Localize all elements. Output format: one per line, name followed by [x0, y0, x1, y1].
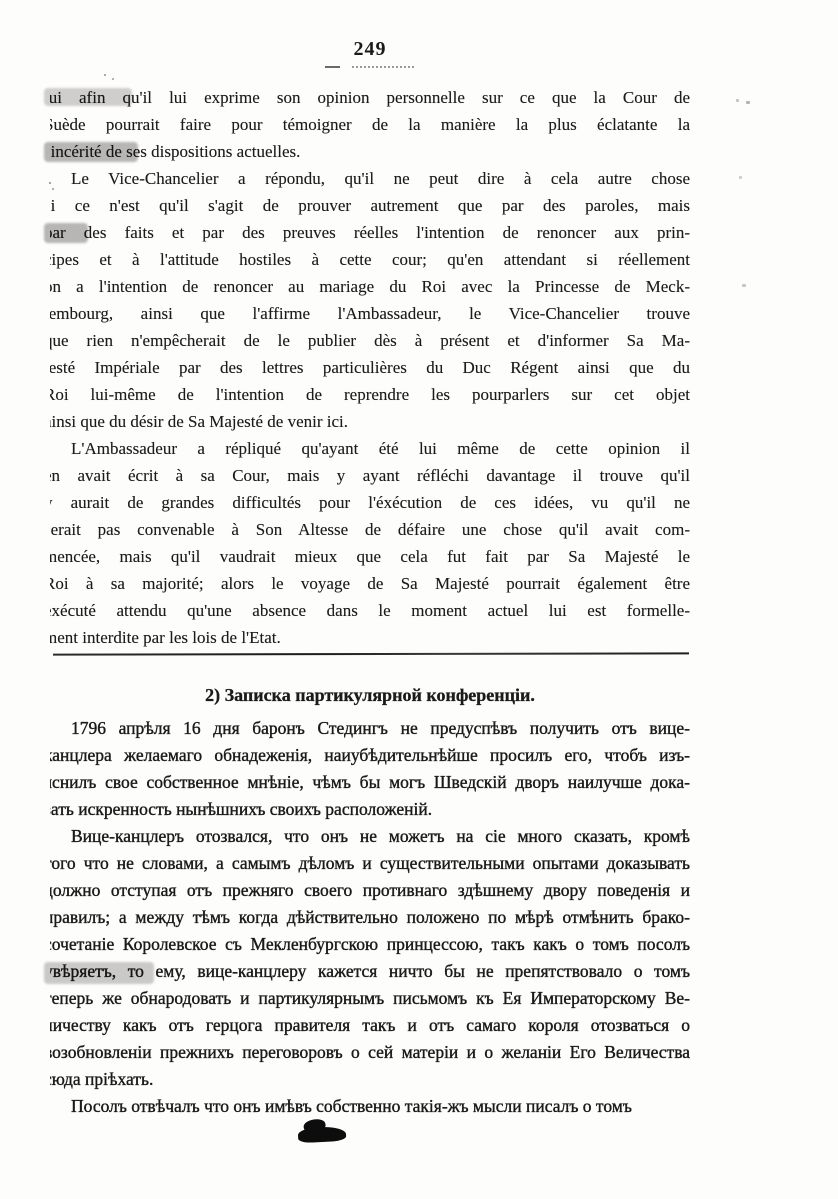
text-line: lembourg, ainsi que l'affirme l'Ambassad…	[50, 300, 690, 327]
text-line: ment interdite par les lois de l'Etat.	[50, 624, 690, 651]
text-line: возобновленіи прежнихъ переговоровъ о се…	[50, 1039, 690, 1066]
text-line: увѣряетъ, то ему, вице-канцлеру кажется …	[50, 958, 690, 985]
text-line: сюда пріѣхать.	[50, 1066, 690, 1093]
text-line: serait pas convenable à Son Altesse de d…	[50, 516, 690, 543]
scan-speck	[742, 284, 746, 287]
scan-speck	[49, 182, 51, 184]
scan-speck	[736, 99, 739, 102]
section-divider-rule	[53, 652, 689, 655]
text-line: jesté Impériale par des lettres particul…	[50, 354, 690, 381]
scan-speck	[739, 176, 742, 179]
french-text-block: lui afin qu'il lui exprime son opinion p…	[50, 84, 690, 651]
text-line: того что не словами, а самымъ дѣломъ и с…	[50, 850, 690, 877]
text-line: Roi lui-même de l'intention de reprendre…	[50, 381, 690, 408]
text-line: exécuté attendu qu'une absence dans le m…	[50, 597, 690, 624]
scan-speck	[104, 74, 106, 76]
text-line: ainsi que du désir de Sa Majesté de veni…	[50, 408, 690, 435]
text-line: Roi à sa majorité; alors le voyage de Sa…	[50, 570, 690, 597]
text-line: par des faits et par des preuves réelles…	[50, 219, 690, 246]
text-line: que rien n'empêcherait de le publier dès…	[50, 327, 690, 354]
page-number: 249	[50, 38, 690, 61]
text-line: Le Vice-Chancelier a répondu, qu'il ne p…	[50, 165, 690, 192]
scan-speck	[746, 101, 750, 104]
text-line: канцлера желаемаго обнадеженія, наиубѣди…	[50, 742, 690, 769]
russian-section-heading: 2) Записка партикулярной конференціи.	[50, 682, 690, 709]
paragraph: Вице-канцлеръ отозвался, что онъ не може…	[50, 823, 690, 1093]
ink-blot-artifact	[298, 1126, 347, 1143]
paragraph: L'Ambassadeur a répliqué qu'ayant été lu…	[50, 435, 690, 651]
russian-text-block: 1796 апрѣля 16 дня баронъ Стедингъ не пр…	[50, 715, 690, 1120]
text-line: Suède pourrait faire pour témoigner de l…	[50, 111, 690, 138]
scan-artifact-dash	[325, 66, 340, 68]
text-line: личеству какъ отъ герцога правителя такъ…	[50, 1012, 690, 1039]
text-line: lui afin qu'il lui exprime son opinion p…	[50, 84, 690, 111]
scan-artifact-dotted-line	[352, 66, 414, 68]
text-line: y aurait de grandes difficultés pour l'é…	[50, 489, 690, 516]
text-line: Посолъ отвѣчалъ что онъ имѣвъ собственно…	[50, 1093, 690, 1120]
scan-speck	[52, 188, 54, 190]
text-line: должно отступая отъ прежняго своего прот…	[50, 877, 690, 904]
text-line: on a l'intention de renoncer au mariage …	[50, 273, 690, 300]
text-line: правилъ; а между тѣмъ когда дѣйствительн…	[50, 904, 690, 931]
text-line: зать искренность нынѣшнихъ своихъ распол…	[50, 796, 690, 823]
text-line: si ce n'est qu'il s'agit de prouver autr…	[50, 192, 690, 219]
scanned-book-page: 249 lui afin qu'il lui exprime son opini…	[0, 0, 838, 1199]
text-line: яснилъ свое собственное мнѣніе, чѣмъ бы …	[50, 769, 690, 796]
text-line: сочетаніе Королевское съ Мекленбургскою …	[50, 931, 690, 958]
text-line: cipes et à l'attitude hostiles à cette c…	[50, 246, 690, 273]
text-line: L'Ambassadeur a répliqué qu'ayant été lu…	[50, 435, 690, 462]
text-line: Вице-канцлеръ отозвался, что онъ не може…	[50, 823, 690, 850]
paragraph: lui afin qu'il lui exprime son opinion p…	[50, 84, 690, 165]
text-line: sincérité de ses dispositions actuelles.	[50, 138, 690, 165]
text-line: теперь же обнародовать и партикулярнымъ …	[50, 985, 690, 1012]
paragraph: 1796 апрѣля 16 дня баронъ Стедингъ не пр…	[50, 715, 690, 823]
paragraph: Посолъ отвѣчалъ что онъ имѣвъ собственно…	[50, 1093, 690, 1120]
scan-speck	[112, 78, 114, 80]
paragraph: Le Vice-Chancelier a répondu, qu'il ne p…	[50, 165, 690, 435]
text-line: 1796 апрѣля 16 дня баронъ Стедингъ не пр…	[50, 715, 690, 742]
text-line: en avait écrit à sa Cour, mais y ayant r…	[50, 462, 690, 489]
text-line: mencée, mais qu'il vaudrait mieux que ce…	[50, 543, 690, 570]
